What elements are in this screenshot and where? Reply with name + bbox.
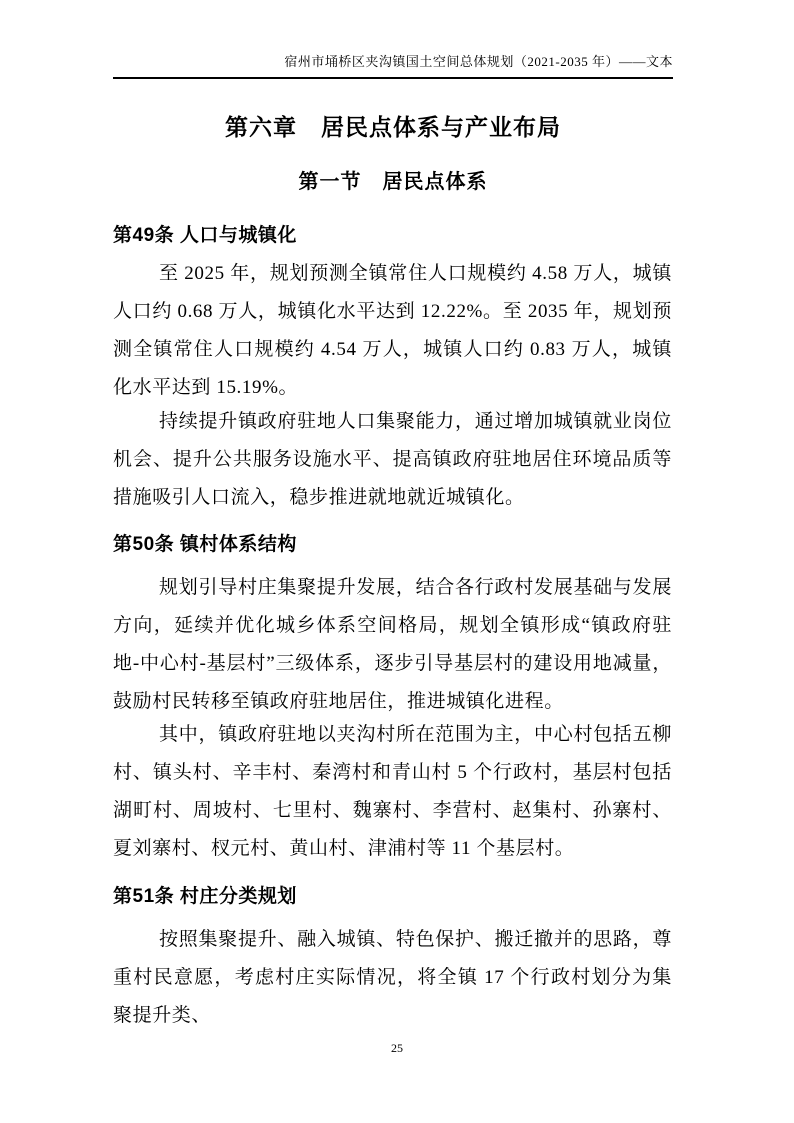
article-51-heading: 第51条 村庄分类规划 — [113, 882, 673, 912]
article-51-paragraph-1: 按照集聚提升、融入城镇、特色保护、搬迁撤并的思路，尊重村民意愿，考虑村庄实际情况… — [113, 921, 672, 1035]
article-49-heading: 第49条 人口与城镇化 — [113, 221, 673, 251]
page-number: 25 — [0, 1040, 794, 1056]
article-50-paragraph-2: 其中，镇政府驻地以夹沟村所在范围为主，中心村包括五柳村、镇头村、辛丰村、秦湾村和… — [113, 716, 672, 868]
chapter-title: 第六章 居民点体系与产业布局 — [113, 110, 673, 144]
document-page: 宿州市埇桥区夹沟镇国土空间总体规划（2021-2035 年）——文本 第六章 居… — [0, 0, 794, 1123]
header-title: 宿州市埇桥区夹沟镇国土空间总体规划（2021-2035 年）——文本 — [284, 54, 673, 69]
article-49-paragraph-2: 持续提升镇政府驻地人口集聚能力，通过增加城镇就业岗位机会、提升公共服务设施水平、… — [113, 403, 672, 517]
section-title: 第一节 居民点体系 — [113, 167, 673, 197]
article-50-paragraph-1: 规划引导村庄集聚提升发展，结合各行政村发展基础与发展方向，延续并优化城乡体系空间… — [113, 569, 672, 721]
article-49-paragraph-1: 至 2025 年，规划预测全镇常住人口规模约 4.58 万人，城镇人口约 0.6… — [113, 255, 672, 407]
article-50-heading: 第50条 镇村体系结构 — [113, 530, 673, 560]
page-header: 宿州市埇桥区夹沟镇国土空间总体规划（2021-2035 年）——文本 — [113, 53, 673, 79]
